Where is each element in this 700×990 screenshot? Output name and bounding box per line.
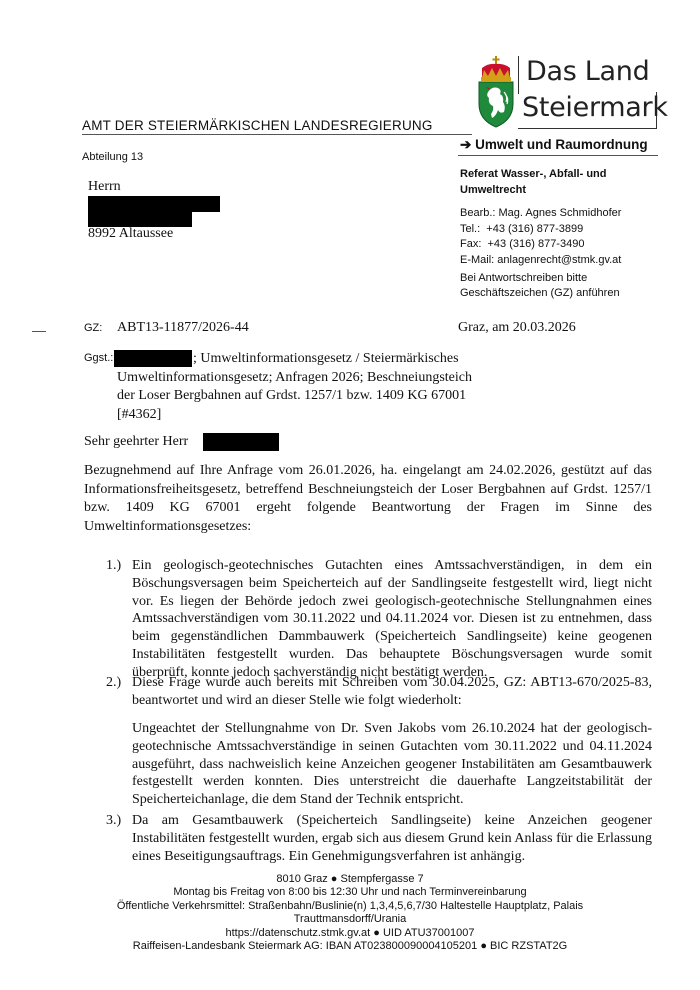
item-text: Diese Frage wurde auch bereits mit Schre…: [132, 674, 652, 710]
footer-bank: Raiffeisen-Landesbank Steiermark AG: IBA…: [0, 940, 700, 953]
answer-item: 2.) Diese Frage wurde auch bereits mit S…: [106, 674, 652, 710]
contact-block: Bearb.: Mag. Agnes Schmidhofer Tel.: +43…: [460, 206, 621, 268]
logo-text-line2: Steiermark: [522, 92, 668, 123]
letter-salutation: Sehr geehrter Herr: [84, 434, 188, 450]
contact-clerk: Bearb.: Mag. Agnes Schmidhofer: [460, 206, 621, 222]
reply-note-line: Geschäftszeichen (GZ) anführen: [460, 286, 620, 301]
item-number: 2.): [106, 674, 121, 692]
answer-item: 1.) Ein geologisch-geotechnisches Gutach…: [106, 557, 652, 682]
fold-mark: [32, 331, 46, 332]
item-number: 3.): [106, 812, 121, 830]
item-text: Da am Gesamtbauwerk (Speicherteich Sandl…: [132, 812, 652, 865]
reply-note-line: Bei Antwortschreiben bitte: [460, 271, 620, 286]
item-text: Ein geologisch-geotechnisches Gutachten …: [132, 557, 652, 682]
footer-privacy-uid[interactable]: https://datenschutz.stmk.gv.at ● UID ATU…: [0, 927, 700, 940]
contact-phone: Tel.: +43 (316) 877-3899: [460, 222, 621, 238]
recipient-salutation: Herrn: [88, 178, 121, 196]
redacted-recipient-street: [88, 211, 192, 227]
intro-paragraph: Bezugnehmend auf Ihre Anfrage vom 26.01.…: [84, 462, 652, 536]
header-divider: [82, 134, 472, 135]
item-quote: Ungeachtet der Stellungnahme von Dr. Sve…: [132, 720, 652, 809]
logo-text-line1: Das Land: [526, 56, 649, 87]
referat-name: Referat Wasser-, Abfall- und Umweltrecht: [460, 166, 660, 198]
coat-of-arms-icon: [476, 56, 516, 128]
redacted-recipient-name: [88, 196, 220, 212]
answer-item: 3.) Da am Gesamtbauwerk (Speicherteich S…: [106, 812, 652, 865]
organization-title: AMT DER STEIERMÄRKISCHEN LANDESREGIERUNG: [82, 118, 433, 133]
footer-hours: Montag bis Freitag von 8:00 bis 12:30 Uh…: [0, 886, 700, 899]
footer-transit-cont: Trauttmansdorff/Urania: [0, 913, 700, 926]
footer-transit: Öffentliche Verkehrsmittel: Straßenbahn/…: [0, 900, 700, 913]
letter-footer: 8010 Graz ● Stempfergasse 7 Montag bis F…: [0, 873, 700, 953]
recipient-city: 8992 Altaussee: [88, 226, 173, 242]
letter-date: Graz, am 20.03.2026: [458, 320, 576, 336]
redacted-salutation-name: [203, 433, 279, 451]
footer-address: 8010 Graz ● Stempfergasse 7: [0, 873, 700, 886]
division-name: Umwelt und Raumordnung: [475, 137, 648, 152]
arrow-right-icon: ➔: [460, 137, 471, 152]
item-number: 1.): [106, 557, 121, 575]
division-divider: [458, 155, 658, 156]
contact-email[interactable]: E-Mail: anlagenrecht@stmk.gv.at: [460, 253, 621, 269]
logo: Das Land Steiermark: [476, 56, 660, 132]
reply-note: Bei Antwortschreiben bitte Geschäftszeic…: [460, 271, 620, 301]
gz-value: ABT13-11877/2026-44: [117, 320, 249, 336]
division-heading: ➔ Umwelt und Raumordnung: [460, 137, 648, 153]
gz-label: GZ:: [84, 322, 102, 334]
department-label: Abteilung 13: [82, 151, 143, 163]
redacted-subject-name: [114, 350, 192, 367]
contact-fax: Fax: +43 (316) 877-3490: [460, 237, 621, 253]
subject-label: Ggst.:: [84, 352, 113, 364]
